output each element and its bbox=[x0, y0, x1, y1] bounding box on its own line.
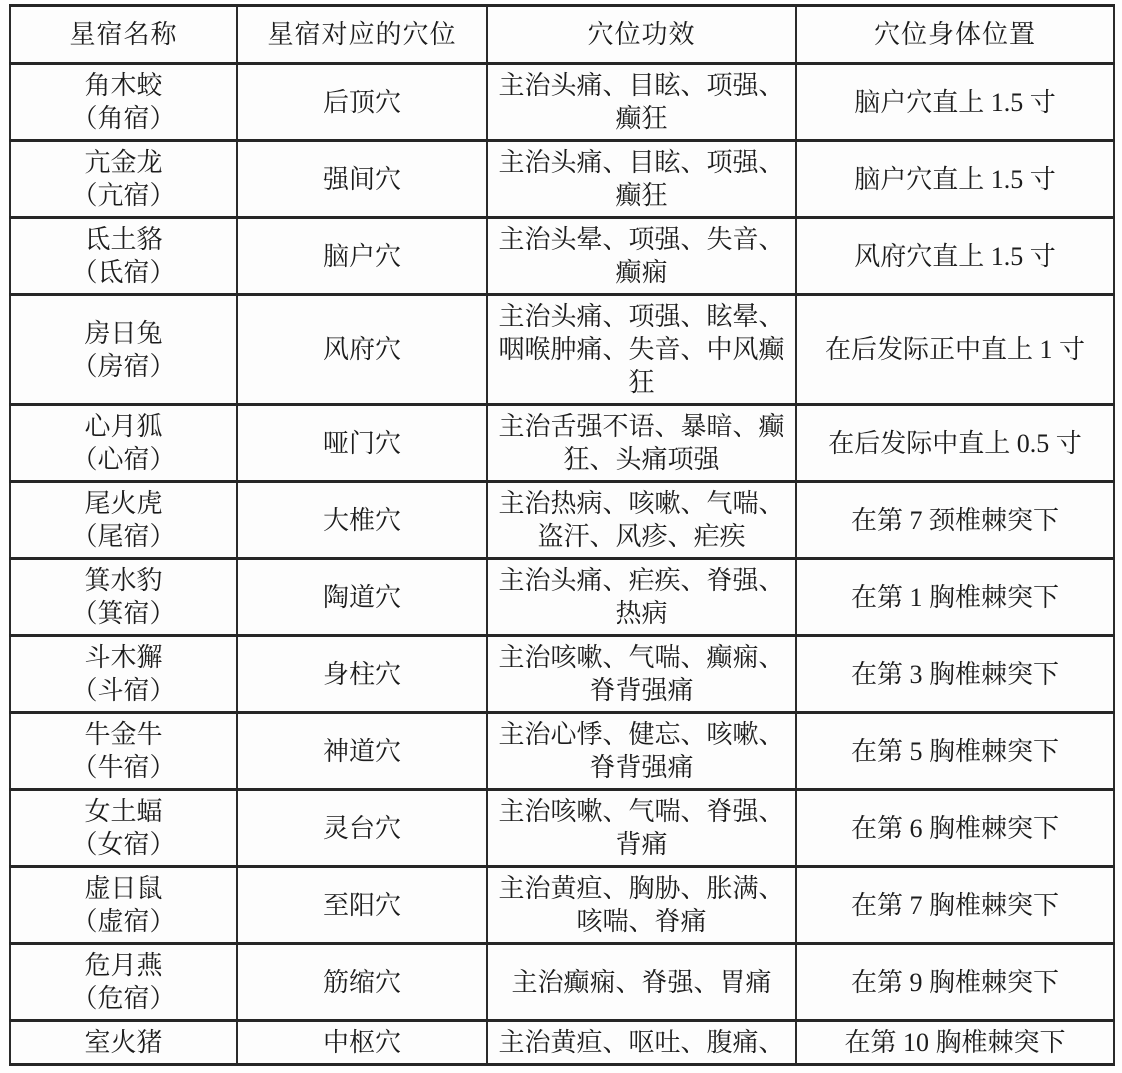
acupoint-cell: 大椎穴 bbox=[237, 482, 487, 559]
effects-cell: 主治头痛、疟疾、脊强、热病 bbox=[487, 559, 796, 636]
star-name-cell: 室火猪 bbox=[10, 1021, 237, 1065]
location-cell: 脑户穴直上 1.5 寸 bbox=[796, 64, 1114, 141]
star-name: 心月狐 bbox=[16, 410, 231, 443]
star-name-cell: 斗木獬 （斗宿） bbox=[10, 636, 237, 713]
lodge-name: （危宿） bbox=[16, 982, 231, 1015]
star-name-cell: 虚日鼠 （虚宿） bbox=[10, 867, 237, 944]
location-cell: 在第 7 颈椎棘突下 bbox=[796, 482, 1114, 559]
lodge-name: （尾宿） bbox=[16, 520, 231, 553]
star-name-cell: 牛金牛 （牛宿） bbox=[10, 713, 237, 790]
star-name-cell: 女土蝠 （女宿） bbox=[10, 790, 237, 867]
table-row: 牛金牛 （牛宿） 神道穴 主治心悸、健忘、咳嗽、脊背强痛 在第 5 胸椎棘突下 bbox=[10, 713, 1114, 790]
star-name: 女土蝠 bbox=[16, 795, 231, 828]
star-name-cell: 危月燕 （危宿） bbox=[10, 944, 237, 1021]
star-name: 斗木獬 bbox=[16, 641, 231, 674]
location-cell: 在第 7 胸椎棘突下 bbox=[796, 867, 1114, 944]
table-row: 室火猪 中枢穴 主治黄疸、呕吐、腹痛、 在第 10 胸椎棘突下 bbox=[10, 1021, 1114, 1065]
acupoint-cell: 至阳穴 bbox=[237, 867, 487, 944]
header-cell-acupoint: 星宿对应的穴位 bbox=[237, 6, 487, 64]
location-cell: 脑户穴直上 1.5 寸 bbox=[796, 141, 1114, 218]
effects-cell: 主治心悸、健忘、咳嗽、脊背强痛 bbox=[487, 713, 796, 790]
table-row: 房日兔 （房宿） 风府穴 主治头痛、项强、眩晕、咽喉肿痛、失音、中风癫狂 在后发… bbox=[10, 295, 1114, 405]
location-cell: 在后发际正中直上 1 寸 bbox=[796, 295, 1114, 405]
star-name: 房日兔 bbox=[16, 317, 231, 350]
effects-cell: 主治癫痫、脊强、胃痛 bbox=[487, 944, 796, 1021]
lodge-name: （虚宿） bbox=[16, 905, 231, 938]
effects-cell: 主治头痛、目眩、项强、癫狂 bbox=[487, 141, 796, 218]
effects-cell: 主治舌强不语、暴暗、癫狂、头痛项强 bbox=[487, 405, 796, 482]
lodge-name: （牛宿） bbox=[16, 751, 231, 784]
acupoint-cell: 后顶穴 bbox=[237, 64, 487, 141]
star-name-cell: 房日兔 （房宿） bbox=[10, 295, 237, 405]
effects-cell: 主治头痛、项强、眩晕、咽喉肿痛、失音、中风癫狂 bbox=[487, 295, 796, 405]
table-row: 虚日鼠 （虚宿） 至阳穴 主治黄疸、胸胁、胀满、咳喘、脊痛 在第 7 胸椎棘突下 bbox=[10, 867, 1114, 944]
effects-cell: 主治热病、咳嗽、气喘、盗汗、风疹、疟疾 bbox=[487, 482, 796, 559]
effects-cell: 主治咳嗽、气喘、癫痫、脊背强痛 bbox=[487, 636, 796, 713]
location-cell: 在后发际中直上 0.5 寸 bbox=[796, 405, 1114, 482]
location-cell: 在第 10 胸椎棘突下 bbox=[796, 1021, 1114, 1065]
star-name: 牛金牛 bbox=[16, 718, 231, 751]
star-name: 危月燕 bbox=[16, 949, 231, 982]
location-cell: 在第 9 胸椎棘突下 bbox=[796, 944, 1114, 1021]
table-row: 斗木獬 （斗宿） 身柱穴 主治咳嗽、气喘、癫痫、脊背强痛 在第 3 胸椎棘突下 bbox=[10, 636, 1114, 713]
star-name: 室火猪 bbox=[16, 1026, 231, 1059]
acupoint-cell: 神道穴 bbox=[237, 713, 487, 790]
acupoint-cell: 陶道穴 bbox=[237, 559, 487, 636]
table-row: 尾火虎 （尾宿） 大椎穴 主治热病、咳嗽、气喘、盗汗、风疹、疟疾 在第 7 颈椎… bbox=[10, 482, 1114, 559]
effects-cell: 主治黄疸、胸胁、胀满、咳喘、脊痛 bbox=[487, 867, 796, 944]
acupoint-cell: 身柱穴 bbox=[237, 636, 487, 713]
star-name: 氐土貉 bbox=[16, 223, 231, 256]
effects-cell: 主治头晕、项强、失音、癫痫 bbox=[487, 218, 796, 295]
lodge-name: （氐宿） bbox=[16, 256, 231, 289]
header-cell-star-name: 星宿名称 bbox=[10, 6, 237, 64]
lodge-name: （角宿） bbox=[16, 102, 231, 135]
table-row: 亢金龙 （亢宿） 强间穴 主治头痛、目眩、项强、癫狂 脑户穴直上 1.5 寸 bbox=[10, 141, 1114, 218]
star-name-cell: 尾火虎 （尾宿） bbox=[10, 482, 237, 559]
table-row: 危月燕 （危宿） 筋缩穴 主治癫痫、脊强、胃痛 在第 9 胸椎棘突下 bbox=[10, 944, 1114, 1021]
effects-cell: 主治黄疸、呕吐、腹痛、 bbox=[487, 1021, 796, 1065]
acupoint-cell: 中枢穴 bbox=[237, 1021, 487, 1065]
star-name-cell: 氐土貉 （氐宿） bbox=[10, 218, 237, 295]
lodge-name: （心宿） bbox=[16, 443, 231, 476]
header-cell-location: 穴位身体位置 bbox=[796, 6, 1114, 64]
acupoint-cell: 灵台穴 bbox=[237, 790, 487, 867]
star-name: 尾火虎 bbox=[16, 487, 231, 520]
star-name: 虚日鼠 bbox=[16, 872, 231, 905]
table-row: 箕水豹 （箕宿） 陶道穴 主治头痛、疟疾、脊强、热病 在第 1 胸椎棘突下 bbox=[10, 559, 1114, 636]
table-header: 星宿名称 星宿对应的穴位 穴位功效 穴位身体位置 bbox=[10, 6, 1114, 64]
star-lodge-acupoint-table: 星宿名称 星宿对应的穴位 穴位功效 穴位身体位置 角木蛟 （角宿） 后顶穴 主治… bbox=[9, 4, 1115, 1066]
table-row: 氐土貉 （氐宿） 脑户穴 主治头晕、项强、失音、癫痫 风府穴直上 1.5 寸 bbox=[10, 218, 1114, 295]
star-name-cell: 角木蛟 （角宿） bbox=[10, 64, 237, 141]
header-cell-effects: 穴位功效 bbox=[487, 6, 796, 64]
acupoint-cell: 风府穴 bbox=[237, 295, 487, 405]
star-name: 角木蛟 bbox=[16, 69, 231, 102]
star-name-cell: 心月狐 （心宿） bbox=[10, 405, 237, 482]
acupoint-cell: 筋缩穴 bbox=[237, 944, 487, 1021]
lodge-name: （箕宿） bbox=[16, 597, 231, 630]
table-row: 心月狐 （心宿） 哑门穴 主治舌强不语、暴暗、癫狂、头痛项强 在后发际中直上 0… bbox=[10, 405, 1114, 482]
effects-cell: 主治头痛、目眩、项强、癫狂 bbox=[487, 64, 796, 141]
star-name-cell: 箕水豹 （箕宿） bbox=[10, 559, 237, 636]
lodge-name: （房宿） bbox=[16, 350, 231, 383]
star-name: 亢金龙 bbox=[16, 146, 231, 179]
star-name-cell: 亢金龙 （亢宿） bbox=[10, 141, 237, 218]
star-name: 箕水豹 bbox=[16, 564, 231, 597]
header-row: 星宿名称 星宿对应的穴位 穴位功效 穴位身体位置 bbox=[10, 6, 1114, 64]
acupoint-cell: 脑户穴 bbox=[237, 218, 487, 295]
location-cell: 在第 6 胸椎棘突下 bbox=[796, 790, 1114, 867]
acupoint-cell: 哑门穴 bbox=[237, 405, 487, 482]
table-body: 角木蛟 （角宿） 后顶穴 主治头痛、目眩、项强、癫狂 脑户穴直上 1.5 寸 亢… bbox=[10, 64, 1114, 1065]
lodge-name: （女宿） bbox=[16, 828, 231, 861]
location-cell: 在第 3 胸椎棘突下 bbox=[796, 636, 1114, 713]
acupoint-cell: 强间穴 bbox=[237, 141, 487, 218]
lodge-name: （亢宿） bbox=[16, 179, 231, 212]
table-row: 女土蝠 （女宿） 灵台穴 主治咳嗽、气喘、脊强、背痛 在第 6 胸椎棘突下 bbox=[10, 790, 1114, 867]
document-page: 星宿名称 星宿对应的穴位 穴位功效 穴位身体位置 角木蛟 （角宿） 后顶穴 主治… bbox=[0, 0, 1122, 1073]
location-cell: 在第 1 胸椎棘突下 bbox=[796, 559, 1114, 636]
location-cell: 在第 5 胸椎棘突下 bbox=[796, 713, 1114, 790]
effects-cell: 主治咳嗽、气喘、脊强、背痛 bbox=[487, 790, 796, 867]
table-row: 角木蛟 （角宿） 后顶穴 主治头痛、目眩、项强、癫狂 脑户穴直上 1.5 寸 bbox=[10, 64, 1114, 141]
lodge-name: （斗宿） bbox=[16, 674, 231, 707]
location-cell: 风府穴直上 1.5 寸 bbox=[796, 218, 1114, 295]
